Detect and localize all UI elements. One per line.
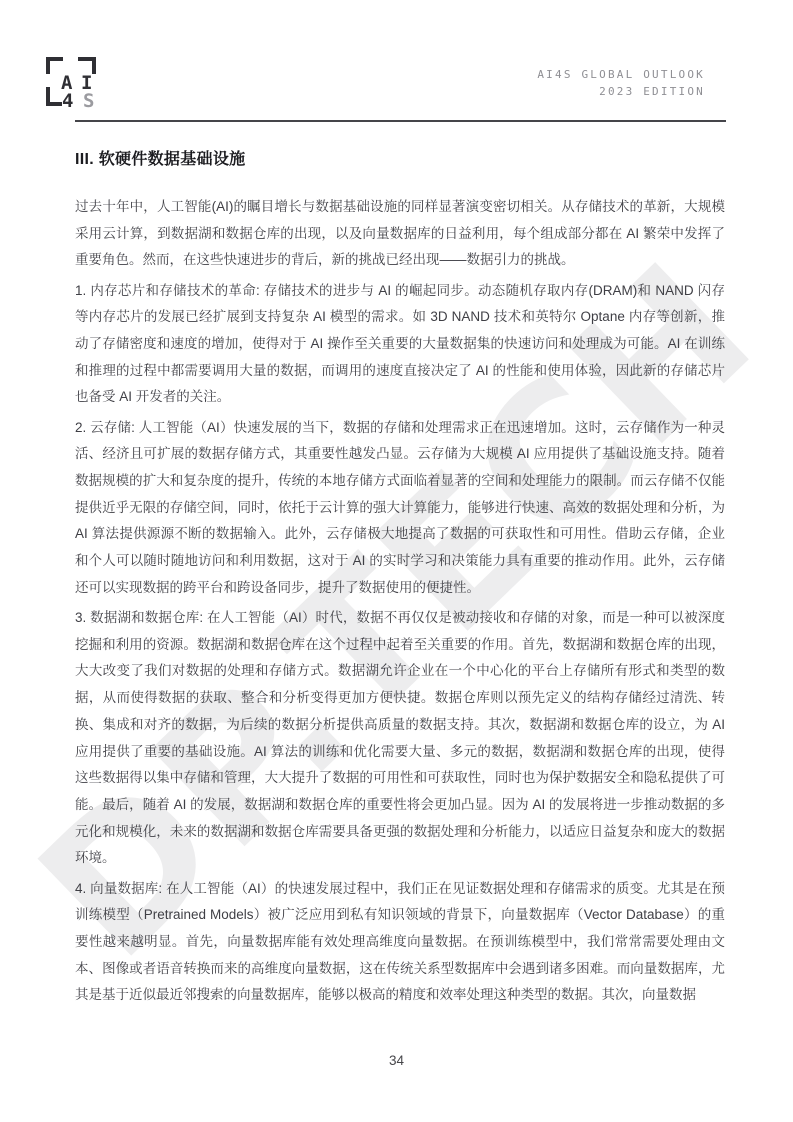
header-rule xyxy=(75,120,726,122)
paragraph-intro: 过去十年中，人工智能(AI)的瞩目增长与数据基础设施的同样显著演变密切相关。从存… xyxy=(75,194,725,274)
paragraph-data-lakes: 3. 数据湖和数据仓库: 在人工智能（AI）时代，数据不再仅仅是被动接收和存储的… xyxy=(75,605,725,872)
section-heading: III. 软硬件数据基础设施 xyxy=(75,146,725,169)
paragraph-vector-databases: 4. 向量数据库: 在人工智能（AI）的快速发展过程中，我们正在见证数据处理和存… xyxy=(75,876,725,1010)
paragraph-cloud-storage: 2. 云存储: 人工智能（AI）快速发展的当下，数据的存储和处理需求正在迅速增加… xyxy=(75,415,725,602)
ai4s-logo: A I 4 S xyxy=(45,56,113,108)
logo-letter-s: S xyxy=(83,90,94,108)
document-page: DP.TECH A I 4 S AI4S GLOBAL OUTLOOK 2023… xyxy=(0,0,793,1122)
report-edition-header: AI4S GLOBAL OUTLOOK 2023 EDITION xyxy=(537,66,705,100)
page-number: 34 xyxy=(0,1053,793,1068)
report-edition-line: 2023 EDITION xyxy=(537,83,705,100)
paragraph-memory-chips: 1. 内存芯片和存储技术的革命: 存储技术的进步与 AI 的崛起同步。动态随机存… xyxy=(75,278,725,412)
ai4s-logo-icon: A I 4 S xyxy=(45,56,113,108)
document-body: III. 软硬件数据基础设施 过去十年中，人工智能(AI)的瞩目增长与数据基础设… xyxy=(75,146,725,1013)
logo-bracket-bottom-left xyxy=(48,87,62,104)
logo-letter-4: 4 xyxy=(62,90,73,108)
report-title-line: AI4S GLOBAL OUTLOOK xyxy=(537,66,705,83)
